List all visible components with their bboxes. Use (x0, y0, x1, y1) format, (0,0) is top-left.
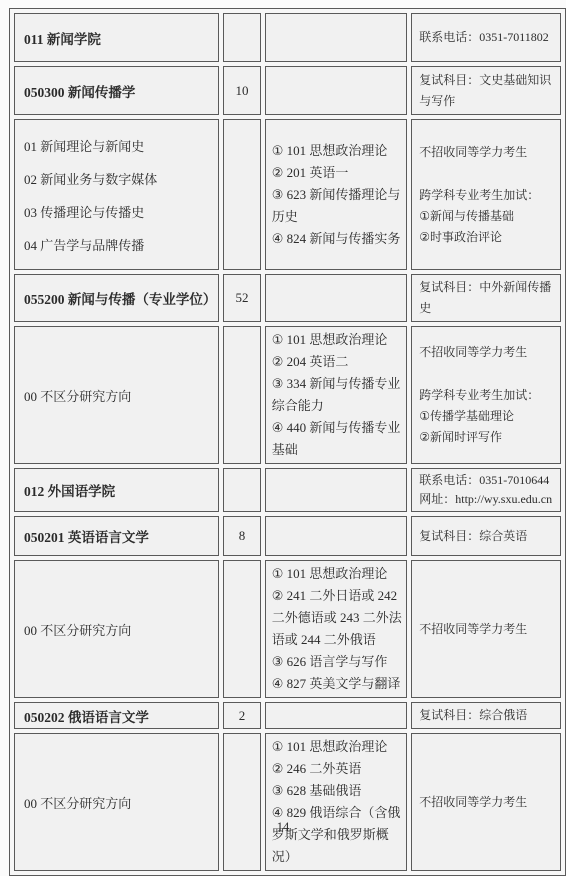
subjects-cell: ① 101 思想政治理论 ② 241 二外日语或 242 二外德语或 243 二… (265, 560, 408, 698)
department-name: 011 新闻学院 (14, 13, 219, 62)
remark-line: 不招收同等学力考生 (419, 342, 557, 363)
remark-line: ②时事政治评论 (419, 227, 557, 248)
exam-subject: ③ 626 语言学与写作 (272, 651, 403, 673)
table-row: 011 新闻学院 联系电话：0351-7011802 (14, 13, 561, 62)
direction-item: 01 新闻理论与新闻史 (24, 136, 216, 155)
exam-subject: ① 101 思想政治理论 (272, 140, 403, 162)
document-page: 011 新闻学院 联系电话：0351-7011802 050300 新闻传播学 … (0, 8, 566, 841)
quota-cell (223, 560, 260, 698)
remarks-cell: 联系电话：0351-7011802 (411, 13, 561, 62)
retest-subject: 复试科目：综合俄语 (419, 705, 557, 726)
remarks-cell: 不招收同等学力考生 (411, 733, 561, 871)
remarks-cell: 联系电话：0351-7010644 网址：http://wy.sxu.edu.c… (411, 468, 561, 512)
exam-subject: ④ 829 俄语综合（含俄罗斯文学和俄罗斯概况） (272, 802, 403, 868)
exam-subject: ③ 623 新闻传播理论与历史 (272, 184, 403, 228)
remarks-cell: 复试科目：中外新闻传播史 (411, 274, 561, 322)
remark-line: ①新闻与传播基础 (419, 206, 557, 227)
quota-cell: 8 (223, 516, 260, 556)
subjects-cell (265, 274, 408, 322)
page-number: 14 (0, 820, 566, 835)
exam-subject: ① 101 思想政治理论 (272, 563, 403, 585)
table-row: 012 外国语学院 联系电话：0351-7010644 网址：http://wy… (14, 468, 561, 512)
remarks-cell: 复试科目：文史基础知识与写作 (411, 66, 561, 115)
website-url: 网址：http://wy.sxu.edu.cn (419, 490, 557, 509)
exam-subject: ① 101 思想政治理论 (272, 736, 403, 758)
table-row: 00 不区分研究方向 ① 101 思想政治理论 ② 241 二外日语或 242 … (14, 560, 561, 698)
retest-subject: 复试科目：中外新闻传播史 (419, 277, 557, 319)
remark-line: 不招收同等学力考生 (419, 142, 557, 163)
table-row: 01 新闻理论与新闻史 02 新闻业务与数字媒体 03 传播理论与传播史 04 … (14, 119, 561, 270)
subjects-cell (265, 516, 408, 556)
quota-cell (223, 733, 260, 871)
exam-subject: ② 204 英语二 (272, 351, 403, 373)
remarks-cell: 不招收同等学力考生 跨学科专业考生加试： ①传播学基础理论 ②新闻时评写作 (411, 326, 561, 464)
remark-line: ①传播学基础理论 (419, 406, 557, 427)
direction-item: 04 广告学与品牌传播 (24, 235, 216, 254)
table-row: 00 不区分研究方向 ① 101 思想政治理论 ② 204 英语二 ③ 334 … (14, 326, 561, 464)
program-name: 050202 俄语语言文学 (14, 702, 219, 729)
exam-subject: ④ 824 新闻与传播实务 (272, 228, 403, 250)
exam-subject: ② 201 英语一 (272, 162, 403, 184)
directions-cell: 00 不区分研究方向 (14, 326, 219, 464)
exam-subject: ④ 827 英美文学与翻译 (272, 673, 403, 695)
subjects-cell (265, 702, 408, 729)
department-name: 012 外国语学院 (14, 468, 219, 512)
program-name: 050300 新闻传播学 (14, 66, 219, 115)
table-row: 050202 俄语语言文学 2 复试科目：综合俄语 (14, 702, 561, 729)
remark-line: 不招收同等学力考生 (419, 619, 557, 640)
table-row: 050201 英语语言文学 8 复试科目：综合英语 (14, 516, 561, 556)
contact-phone: 联系电话：0351-7011802 (419, 27, 557, 48)
directions-cell: 00 不区分研究方向 (14, 560, 219, 698)
admissions-table: 011 新闻学院 联系电话：0351-7011802 050300 新闻传播学 … (9, 8, 566, 876)
exam-subject: ① 101 思想政治理论 (272, 329, 403, 351)
subjects-cell: ① 101 思想政治理论 ② 246 二外英语 ③ 628 基础俄语 ④ 829… (265, 733, 408, 871)
retest-subject: 复试科目：综合英语 (419, 526, 557, 547)
subjects-cell (265, 13, 408, 62)
remarks-cell: 复试科目：综合英语 (411, 516, 561, 556)
retest-subject: 复试科目：文史基础知识与写作 (419, 70, 557, 112)
quota-cell (223, 468, 260, 512)
exam-subject: ③ 628 基础俄语 (272, 780, 403, 802)
subjects-cell (265, 468, 408, 512)
remark-line: ②新闻时评写作 (419, 427, 557, 448)
exam-subject: ③ 334 新闻与传播专业综合能力 (272, 373, 403, 417)
table-row: 050300 新闻传播学 10 复试科目：文史基础知识与写作 (14, 66, 561, 115)
direction-item: 03 传播理论与传播史 (24, 202, 216, 221)
remarks-cell: 不招收同等学力考生 跨学科专业考生加试： ①新闻与传播基础 ②时事政治评论 (411, 119, 561, 270)
remark-line: 不招收同等学力考生 (419, 792, 557, 813)
quota-cell: 2 (223, 702, 260, 729)
table-row: 00 不区分研究方向 ① 101 思想政治理论 ② 246 二外英语 ③ 628… (14, 733, 561, 871)
subjects-cell: ① 101 思想政治理论 ② 201 英语一 ③ 623 新闻传播理论与历史 ④… (265, 119, 408, 270)
quota-cell (223, 326, 260, 464)
remarks-cell: 不招收同等学力考生 (411, 560, 561, 698)
remark-line: 跨学科专业考生加试： (419, 385, 557, 406)
remarks-cell: 复试科目：综合俄语 (411, 702, 561, 729)
table-row: 055200 新闻与传播（专业学位） 52 复试科目：中外新闻传播史 (14, 274, 561, 322)
direction-item: 02 新闻业务与数字媒体 (24, 169, 216, 188)
program-name: 050201 英语语言文学 (14, 516, 219, 556)
quota-cell (223, 119, 260, 270)
subjects-cell (265, 66, 408, 115)
directions-cell: 01 新闻理论与新闻史 02 新闻业务与数字媒体 03 传播理论与传播史 04 … (14, 119, 219, 270)
quota-cell: 52 (223, 274, 260, 322)
remark-line: 跨学科专业考生加试： (419, 185, 557, 206)
subjects-cell: ① 101 思想政治理论 ② 204 英语二 ③ 334 新闻与传播专业综合能力… (265, 326, 408, 464)
exam-subject: ② 246 二外英语 (272, 758, 403, 780)
contact-phone: 联系电话：0351-7010644 (419, 471, 557, 490)
exam-subject: ④ 440 新闻与传播专业基础 (272, 417, 403, 461)
exam-subject: ② 241 二外日语或 242 二外德语或 243 二外法语或 244 二外俄语 (272, 585, 403, 651)
quota-cell (223, 13, 260, 62)
directions-cell: 00 不区分研究方向 (14, 733, 219, 871)
quota-cell: 10 (223, 66, 260, 115)
program-name: 055200 新闻与传播（专业学位） (14, 274, 219, 322)
